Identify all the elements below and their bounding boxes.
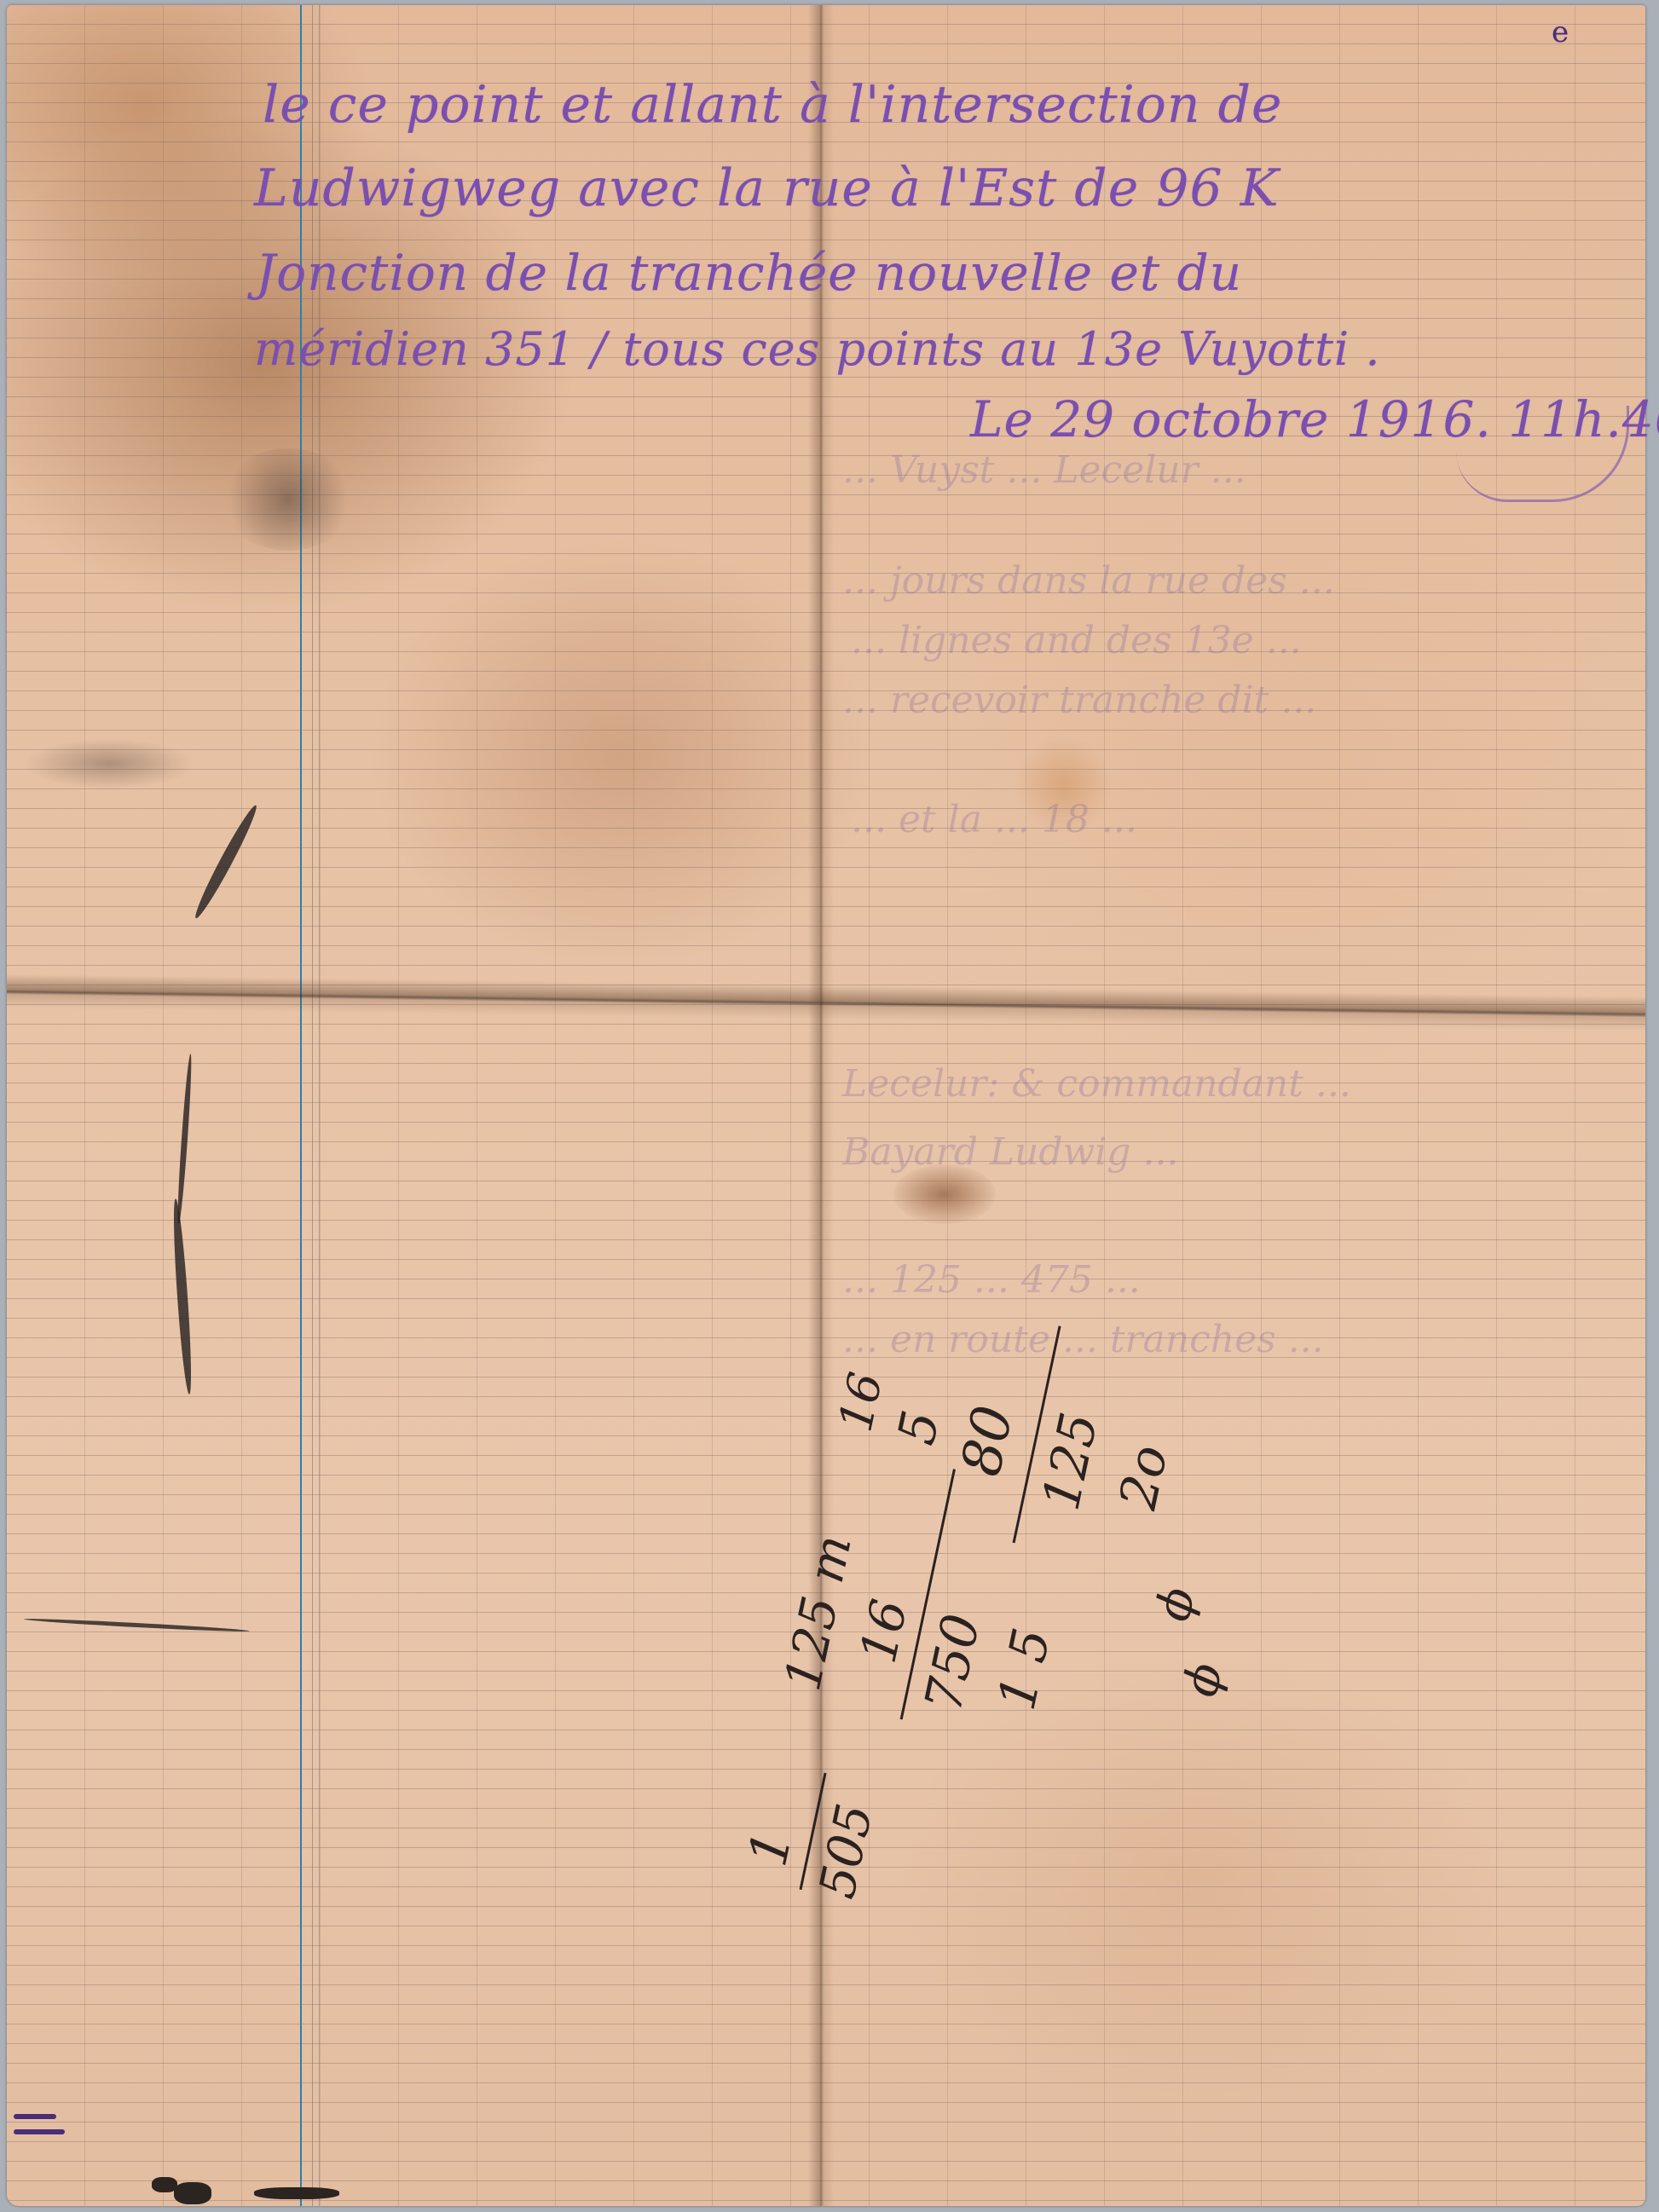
corner-mark: e bbox=[1552, 15, 1569, 49]
calc-left-5: 2o bbox=[1108, 1440, 1180, 1514]
calc-right-4: 1 5 bbox=[987, 1623, 1062, 1715]
calc-left-1: 16 bbox=[829, 1368, 893, 1436]
ink-blot-2 bbox=[174, 2182, 211, 2204]
text-line-3: Jonction de la tranchée nouvelle et du bbox=[256, 244, 1242, 302]
calc-numerator: 1 bbox=[736, 1826, 804, 1872]
bleed-line-4: ... recevoir tranche dit ... bbox=[842, 679, 1316, 722]
calc-right-2: 16 bbox=[849, 1594, 919, 1667]
calc-left-4: 125 bbox=[1032, 1407, 1110, 1516]
margin-equals-mark-2 bbox=[14, 2129, 65, 2134]
ink-blot-3 bbox=[254, 2187, 339, 2199]
bleed-line-7: Bayard Ludwig ... bbox=[842, 1130, 1178, 1174]
calc-left-2: 5 bbox=[887, 1406, 951, 1450]
calc-mark-2: ϕ bbox=[1173, 1658, 1234, 1701]
calc-denominator: 505 bbox=[807, 1799, 884, 1903]
text-line-2: Ludwigweg avec la rue à l'Est de 96 K bbox=[254, 159, 1280, 218]
text-line-4: méridien 351 / tous ces points au 13e Vu… bbox=[254, 322, 1381, 376]
bleed-line-3: ... lignes and des 13e ... bbox=[851, 619, 1302, 662]
stain-left bbox=[24, 738, 194, 789]
bleed-line-5: ... et la ... 18 ... bbox=[851, 798, 1137, 841]
text-line-1: le ce point et allant à l'intersection d… bbox=[263, 75, 1283, 135]
calc-right-1: 125 m bbox=[773, 1530, 863, 1695]
bleed-line-2: ... jours dans la rue des ... bbox=[842, 559, 1335, 603]
margin-equals-mark bbox=[14, 2114, 56, 2119]
bleed-line-6: Lecelur: & commandant ... bbox=[842, 1062, 1351, 1106]
bleed-line-1: ... Vuyst ... Lecelur ... bbox=[842, 448, 1246, 492]
calc-left-3: 80 bbox=[950, 1401, 1026, 1481]
calc-right-3: 750 bbox=[914, 1609, 992, 1718]
calc-mark-1: ϕ bbox=[1145, 1583, 1206, 1626]
document-sheet: e le ce point et allant à l'intersection… bbox=[7, 5, 1645, 2206]
stain-top-left bbox=[220, 448, 356, 551]
